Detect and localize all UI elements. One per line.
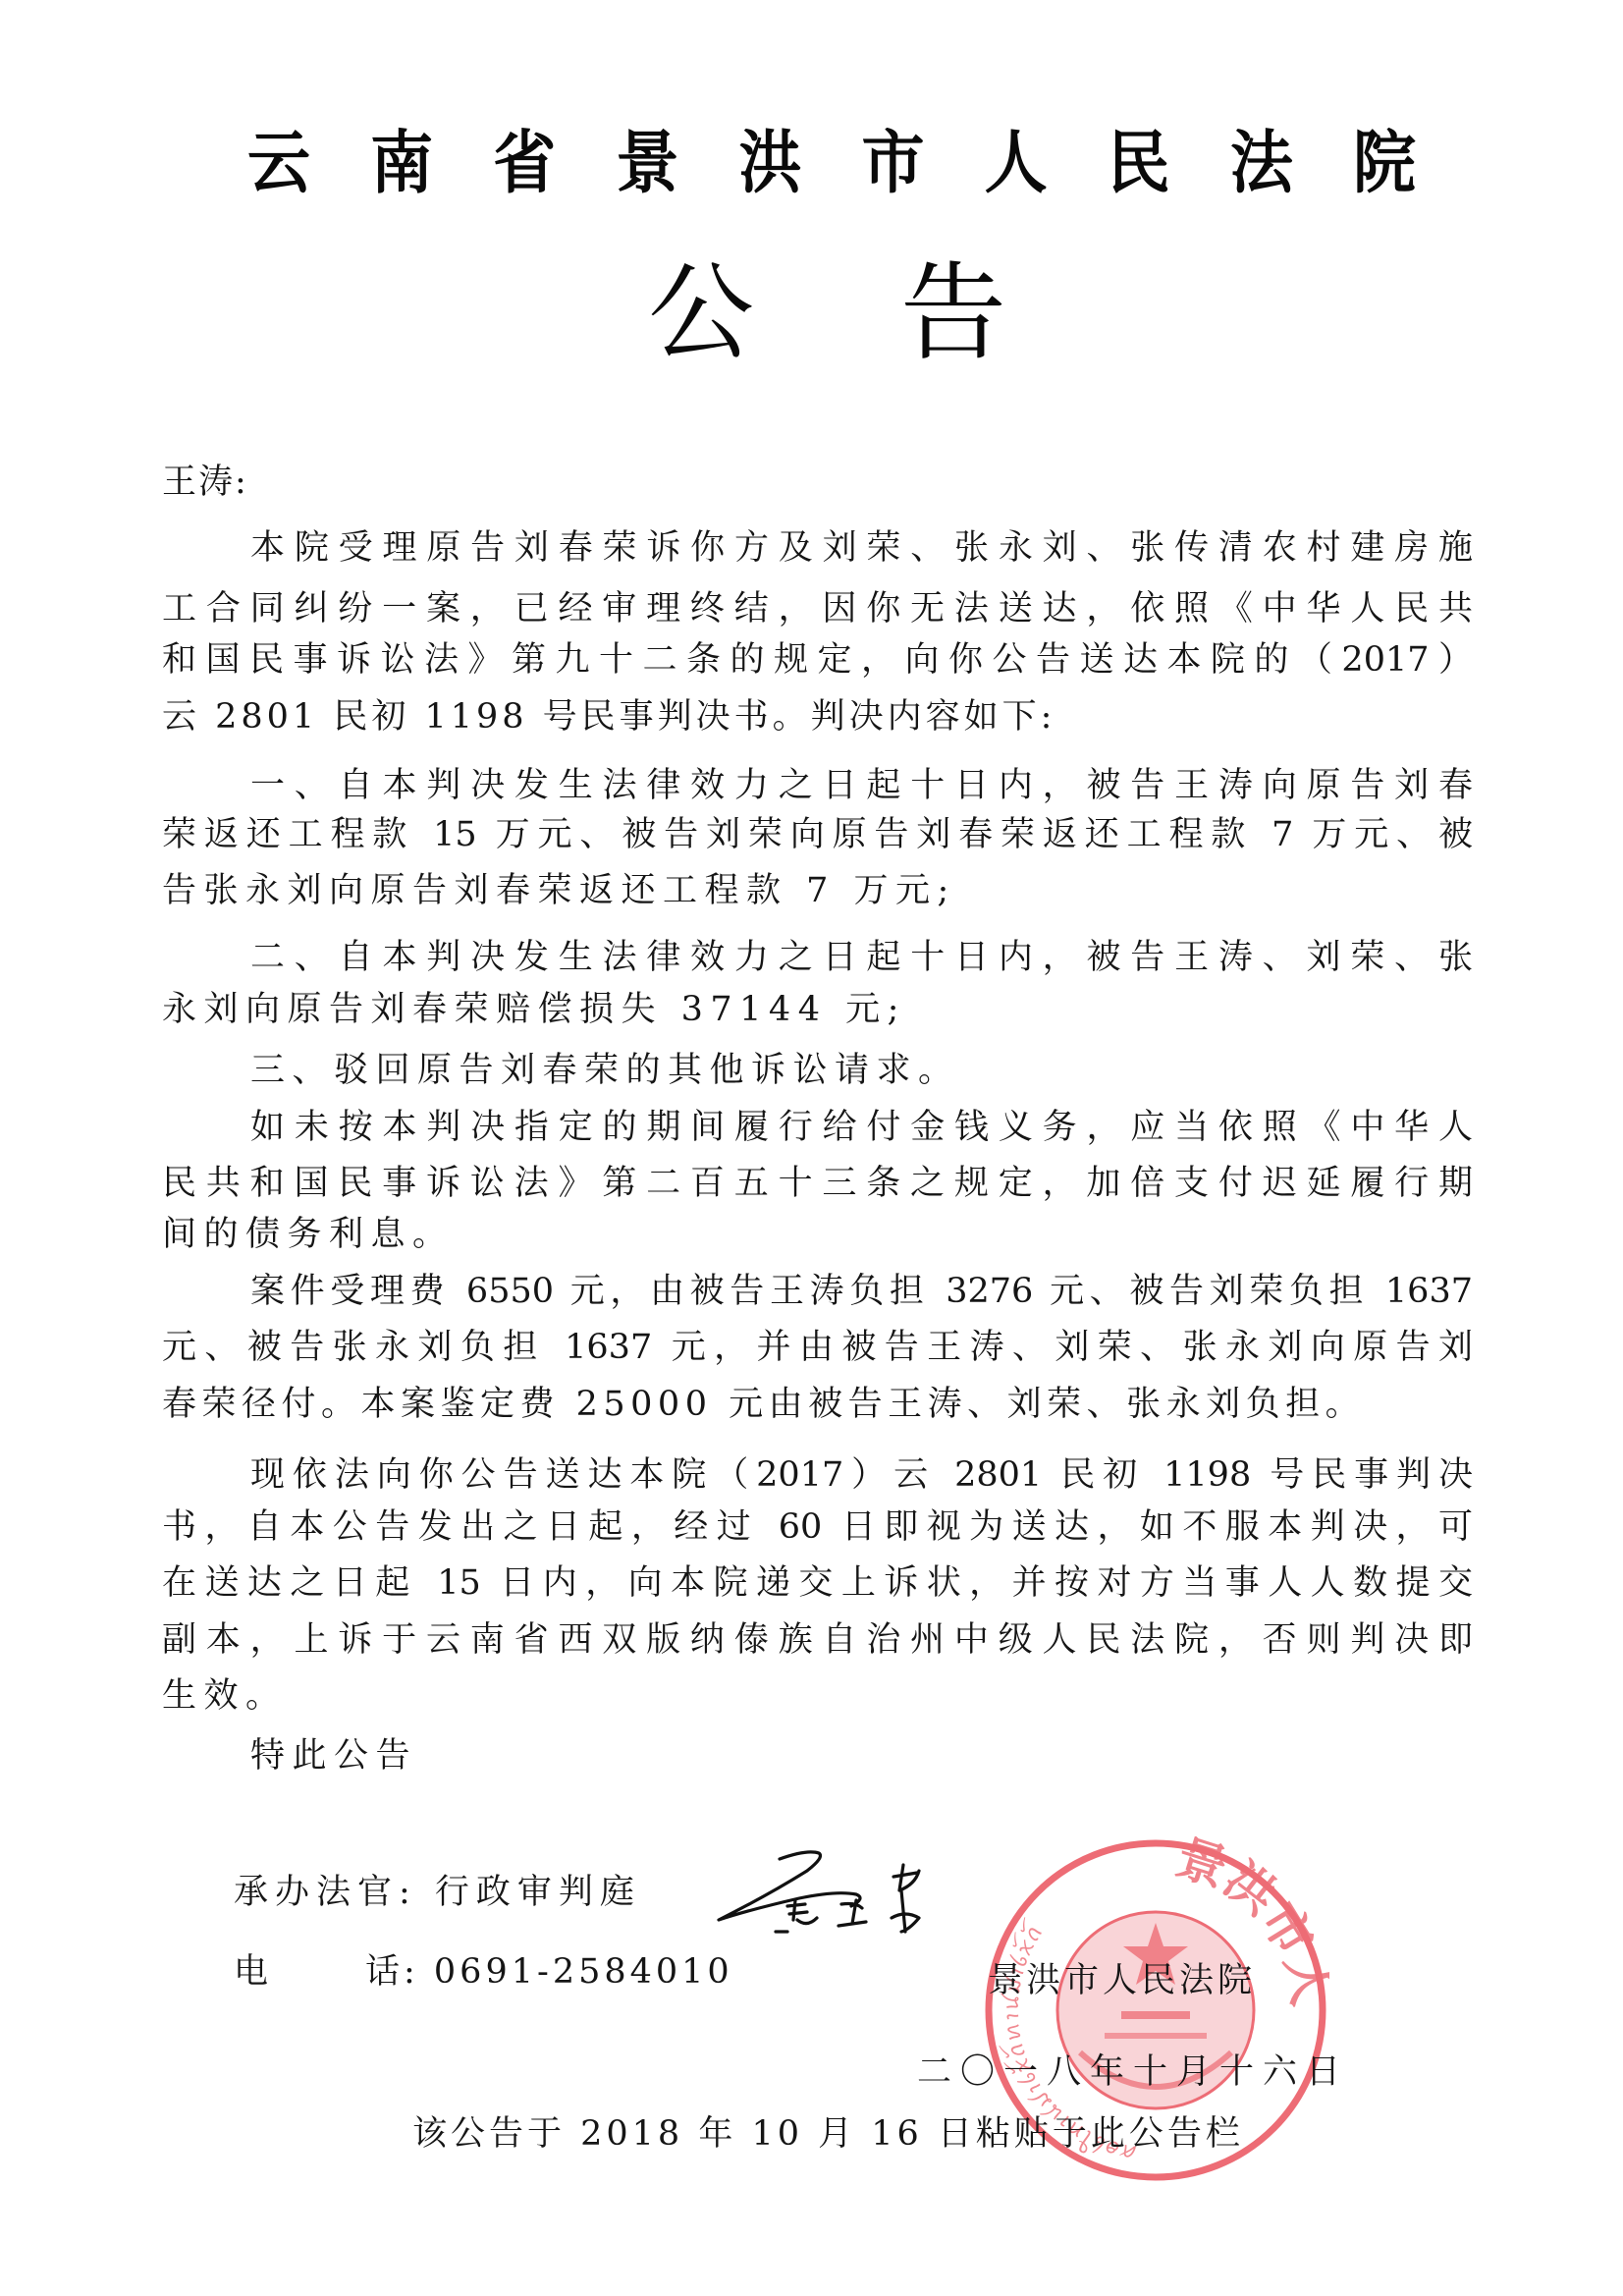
document-title-char: 公 bbox=[648, 250, 754, 378]
judge-signature-icon bbox=[709, 1841, 954, 1940]
body-line: 永刘向原告刘春荣赔偿损失 37144 元; bbox=[162, 983, 906, 1036]
body-line: 间的债务利息。 bbox=[162, 1208, 455, 1261]
body-line: 荣返还工程款 15 万元、被告刘荣向原告刘春荣返还工程款 7 万元、被 bbox=[162, 808, 1473, 861]
body-line: 生效。 bbox=[162, 1669, 288, 1722]
phone-number: 话: 0691-2584010 bbox=[365, 1945, 733, 1998]
body-line: 现依法向你公告送达本院（2017）云 2801 民初 1198 号民事判决 bbox=[250, 1449, 1473, 1502]
court-name-char: 南 bbox=[370, 116, 433, 211]
court-announcement-page: 云 南 省 景 洪 市 人 民 法 院 公 告 王涛: 本院受理原告刘春荣诉你方… bbox=[0, 0, 1623, 2296]
body-line: 工合同纠纷一案，已经审理终结，因你无法送达，依照《中华人民共 bbox=[162, 582, 1473, 635]
court-name-heading: 云 南 省 景 洪 市 人 民 法 院 bbox=[247, 120, 1416, 208]
body-line: 副本，上诉于云南省西双版纳傣族自治州中级人民法院，否则判决即 bbox=[162, 1613, 1473, 1667]
court-name-char: 景 bbox=[616, 116, 678, 211]
court-name-char: 云 bbox=[247, 116, 310, 211]
body-line: 元、被告张永刘负担 1637 元，并由被告王涛、刘荣、张永刘向原告刘 bbox=[162, 1321, 1473, 1374]
body-line: 告张永刘向原告刘春荣返还工程款 7 万元; bbox=[162, 864, 956, 917]
body-line: 书，自本公告发出之日起，经过 60 日即视为送达，如不服本判决，可 bbox=[162, 1501, 1473, 1554]
body-line: 在送达之日起 15 日内，向本院递交上诉状，并按对方当事人人数提交 bbox=[162, 1557, 1473, 1610]
court-name-char: 院 bbox=[1353, 116, 1416, 211]
closing-phrase: 特此公告 bbox=[250, 1729, 417, 1782]
issuing-court-name: 景洪市人民法院 bbox=[988, 1954, 1256, 2007]
court-name-char: 人 bbox=[985, 116, 1048, 211]
phone-label-prefix: 电 bbox=[234, 1945, 275, 1998]
document-title: 公 告 bbox=[648, 250, 1006, 378]
presiding-judge-label: 承办法官: 行政审判庭 bbox=[234, 1866, 641, 1919]
document-title-char: 告 bbox=[900, 250, 1006, 378]
body-line: 如未按本判决指定的期间履行给付金钱义务，应当依照《中华人 bbox=[250, 1101, 1473, 1154]
judgment-item-2: 二、自本判决发生法律效力之日起十日内，被告王涛、刘荣、张 bbox=[250, 931, 1473, 984]
judgment-item-1: 一、自本判决发生法律效力之日起十日内，被告王涛向原告刘春 bbox=[250, 759, 1473, 812]
body-line: 云 2801 民初 1198 号民事判决书。判决内容如下: bbox=[162, 690, 1055, 743]
body-line: 和国民事诉讼法》第九十二条的规定，向你公告送达本院的（2017） bbox=[162, 633, 1473, 686]
body-line: 春荣径付。本案鉴定费 25000 元由被告王涛、刘荣、张永刘负担。 bbox=[162, 1378, 1365, 1431]
judgment-item-3: 三、驳回原告刘春荣的其他诉讼请求。 bbox=[250, 1044, 960, 1097]
body-line: 民共和国民事诉讼法》第二百五十三条之规定，加倍支付迟延履行期 bbox=[162, 1157, 1473, 1210]
issue-date: 二〇一八年十月十六日 bbox=[917, 2046, 1349, 2099]
court-name-char: 民 bbox=[1108, 116, 1170, 211]
court-name-char: 洪 bbox=[738, 116, 801, 211]
body-line: 案件受理费 6550 元，由被告王涛负担 3276 元、被告刘荣负担 1637 bbox=[250, 1265, 1473, 1318]
court-name-char: 法 bbox=[1230, 116, 1293, 211]
court-name-char: 市 bbox=[862, 116, 925, 211]
court-name-char: 省 bbox=[493, 116, 556, 211]
body-line: 本院受理原告刘春荣诉你方及刘荣、张永刘、张传清农村建房施 bbox=[250, 521, 1473, 574]
posting-note: 该公告于 2018 年 10 月 16 日粘贴于此公告栏 bbox=[412, 2107, 1244, 2160]
addressee: 王涛: bbox=[162, 456, 248, 509]
